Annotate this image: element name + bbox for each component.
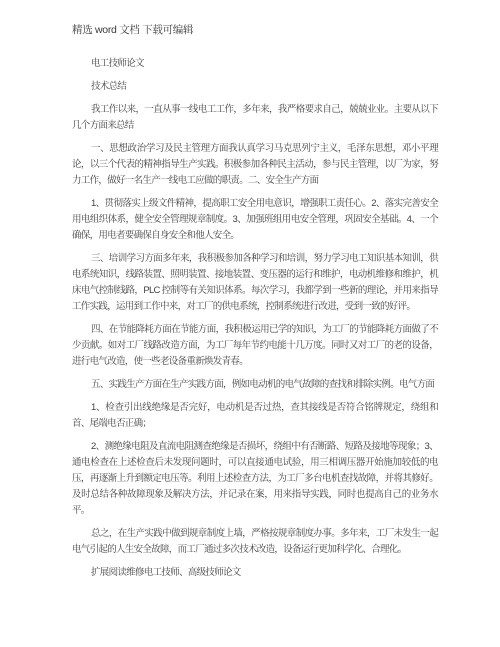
paragraph-section-4: 四、在节能降耗方面在节能方面，我积极运用已学的知识，为工厂的节能降耗方面做了不少… xyxy=(72,322,438,370)
paragraph-section-1-2: 一、思想政治学习及民主管理方面我认真学习马克思列宁主义，毛泽东思想，邓小平理论，… xyxy=(72,141,438,189)
watermark-header: 精选 word 文档 下载可编辑 xyxy=(72,22,438,37)
document-page: 精选 word 文档 下载可编辑 电工技师论文 技术总结 我工作以来，一直从事一… xyxy=(0,0,500,647)
paragraph-safety-items: 1、贯彻落实上级文件精神，提高职工安全用电意识，增强职工责任心。2、落实完善安全… xyxy=(72,196,438,244)
paragraph-section-3: 三、培训学习方面多年来，我积极参加各种学习和培训，努力学习电工知识基本知训，供电… xyxy=(72,251,438,315)
document-title: 电工技师论文 xyxy=(72,56,438,72)
paragraph-check-item-1: 1、检查引出线绝缘是否完好，电动机是否过热，查其接线是否符合铭牌规定，绕组和首、… xyxy=(72,400,438,432)
document-subtitle: 技术总结 xyxy=(72,79,438,95)
extended-reading-line: 扩展阅读维修电工技师、高级技师论文 xyxy=(72,565,438,581)
document-body: 电工技师论文 技术总结 我工作以来，一直从事一线电工工作，多年来，我严格要求自己… xyxy=(72,56,438,581)
paragraph-check-item-2-3: 2、测绝缘电阻及直流电阻测查绝缘是否损坏，绕组中有否断路、短路及接地等现象；3、… xyxy=(72,439,438,519)
paragraph-conclusion: 总之，在生产实践中做到规章制度上墙，严格按规章制度办事。多年来，工厂未发生一起电… xyxy=(72,526,438,558)
paragraph-intro: 我工作以来，一直从事一线电工工作，多年来，我严格要求自己，兢兢业业。主要从以下几… xyxy=(72,102,438,134)
paragraph-section-5: 五、实践生产方面在生产实践方面，例如电动机的电气故障的查找和排除实例。电气方面 xyxy=(72,377,438,393)
